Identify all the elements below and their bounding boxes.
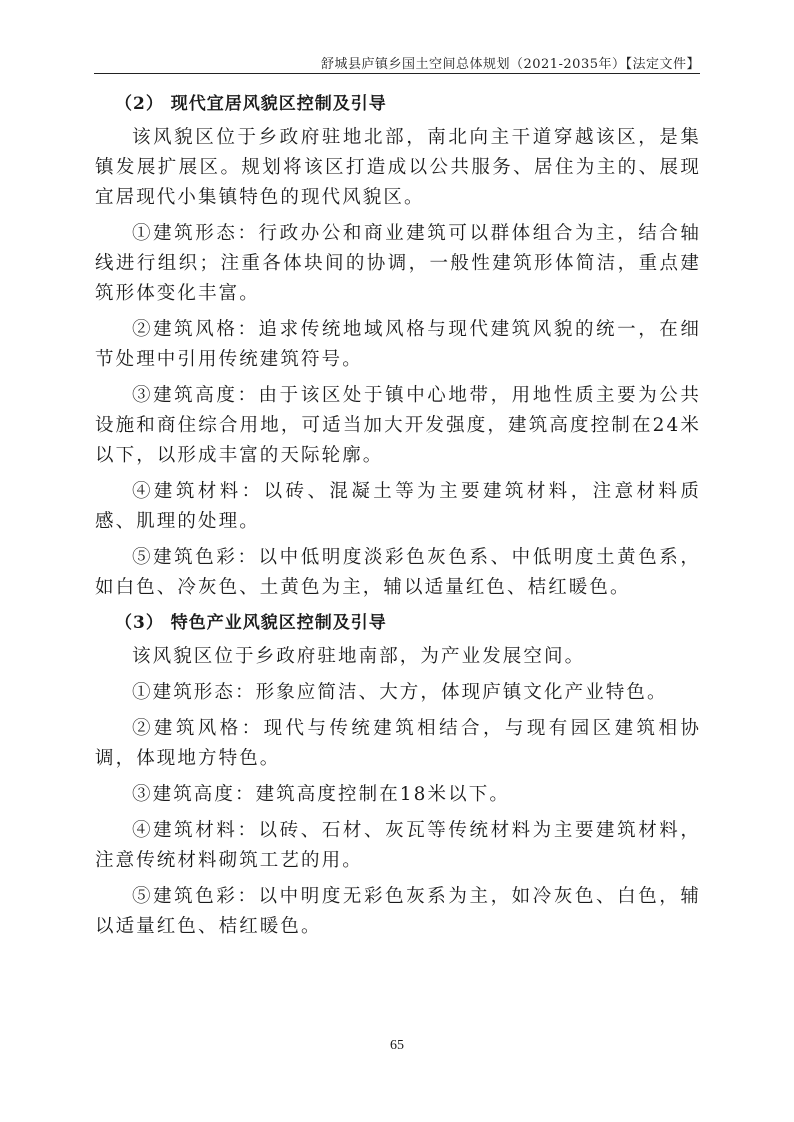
header-rule xyxy=(94,73,700,74)
document-body: （2） 现代宜居风貌区控制及引导 该风貌区位于乡政府驻地北部，南北向主干道穿越该… xyxy=(95,90,701,948)
paragraph: ①建筑形态：行政办公和商业建筑可以群体组合为主，结合轴线进行组织；注重各体块间的… xyxy=(95,219,701,309)
section-heading-3: （3） 特色产业风貌区控制及引导 xyxy=(95,609,701,637)
paragraph: 该风貌区位于乡政府驻地北部，南北向主干道穿越该区，是集镇发展扩展区。规划将该区打… xyxy=(95,123,701,213)
section-heading-2: （2） 现代宜居风貌区控制及引导 xyxy=(95,90,701,118)
paragraph: ⑤建筑色彩：以中低明度淡彩色灰色系、中低明度土黄色系，如白色、冷灰色、土黄色为主… xyxy=(95,543,701,603)
page-number: 65 xyxy=(0,1038,794,1054)
paragraph: ③建筑高度：建筑高度控制在18米以下。 xyxy=(95,780,701,810)
paragraph: ③建筑高度：由于该区处于镇中心地带，用地性质主要为公共设施和商住综合用地，可适当… xyxy=(95,381,701,471)
paragraph: 该风貌区位于乡政府驻地南部，为产业发展空间。 xyxy=(95,642,701,672)
running-header: 舒城县庐镇乡国土空间总体规划（2021-2035年）【法定文件】 xyxy=(94,53,700,72)
paragraph: ①建筑形态：形象应简洁、大方，体现庐镇文化产业特色。 xyxy=(95,678,701,708)
paragraph: ②建筑风格：现代与传统建筑相结合，与现有园区建筑相协调，体现地方特色。 xyxy=(95,714,701,774)
paragraph: ②建筑风格：追求传统地域风格与现代建筑风貌的统一，在细节处理中引用传统建筑符号。 xyxy=(95,315,701,375)
paragraph: ⑤建筑色彩：以中明度无彩色灰系为主，如冷灰色、白色，辅以适量红色、桔红暖色。 xyxy=(95,882,701,942)
paragraph: ④建筑材料：以砖、混凝土等为主要建筑材料，注意材料质感、肌理的处理。 xyxy=(95,477,701,537)
paragraph: ④建筑材料：以砖、石材、灰瓦等传统材料为主要建筑材料，注意传统材料砌筑工艺的用。 xyxy=(95,816,701,876)
